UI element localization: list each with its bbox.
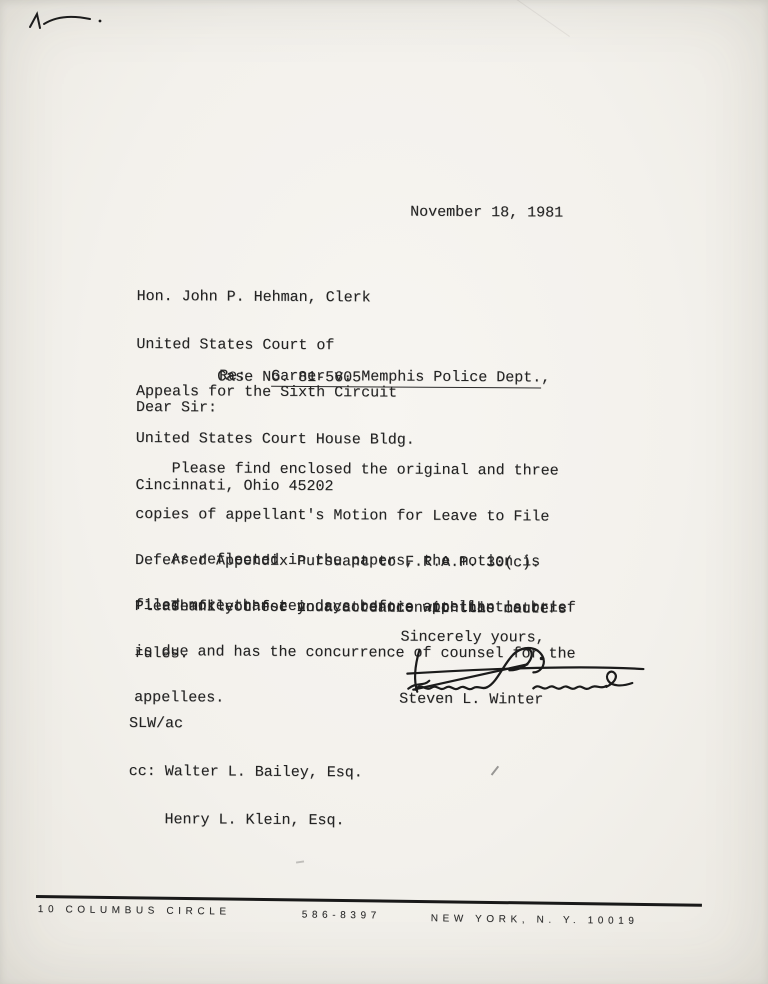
letterhead-phone: 586-8397	[302, 909, 381, 921]
date-line: November 18, 1981	[410, 205, 563, 222]
letterhead-city: NEW YORK, N. Y. 10019	[431, 913, 639, 927]
letter-body: November 18, 1981 Hon. John P. Hehman, C…	[0, 0, 768, 984]
cc-line: Henry L. Klein, Esq.	[128, 812, 362, 829]
letter-page: November 18, 1981 Hon. John P. Hehman, C…	[0, 0, 768, 984]
paragraph-line: Please find enclosed the original and th…	[136, 461, 568, 479]
signer-name: Steven L. Winter	[399, 692, 543, 709]
typist-initials: SLW/ac	[129, 716, 183, 732]
paragraph-3: Thank you for your attention to this mat…	[135, 599, 567, 617]
salutation: Dear Sir:	[136, 400, 217, 416]
cc-block: cc: Walter L. Bailey, Esq. Henry L. Klei…	[128, 732, 363, 861]
cc-line: cc: Walter L. Bailey, Esq.	[129, 764, 363, 781]
paragraph-line: As reflected in the papers, the motion i…	[135, 552, 576, 570]
letterhead-address: 10 COLUMBUS CIRCLE	[38, 904, 231, 918]
recipient-line: Hon. John P. Hehman, Clerk	[137, 289, 416, 306]
case-name-suffix: ,	[541, 369, 550, 386]
case-number: Case No. 81-5605	[217, 369, 361, 386]
